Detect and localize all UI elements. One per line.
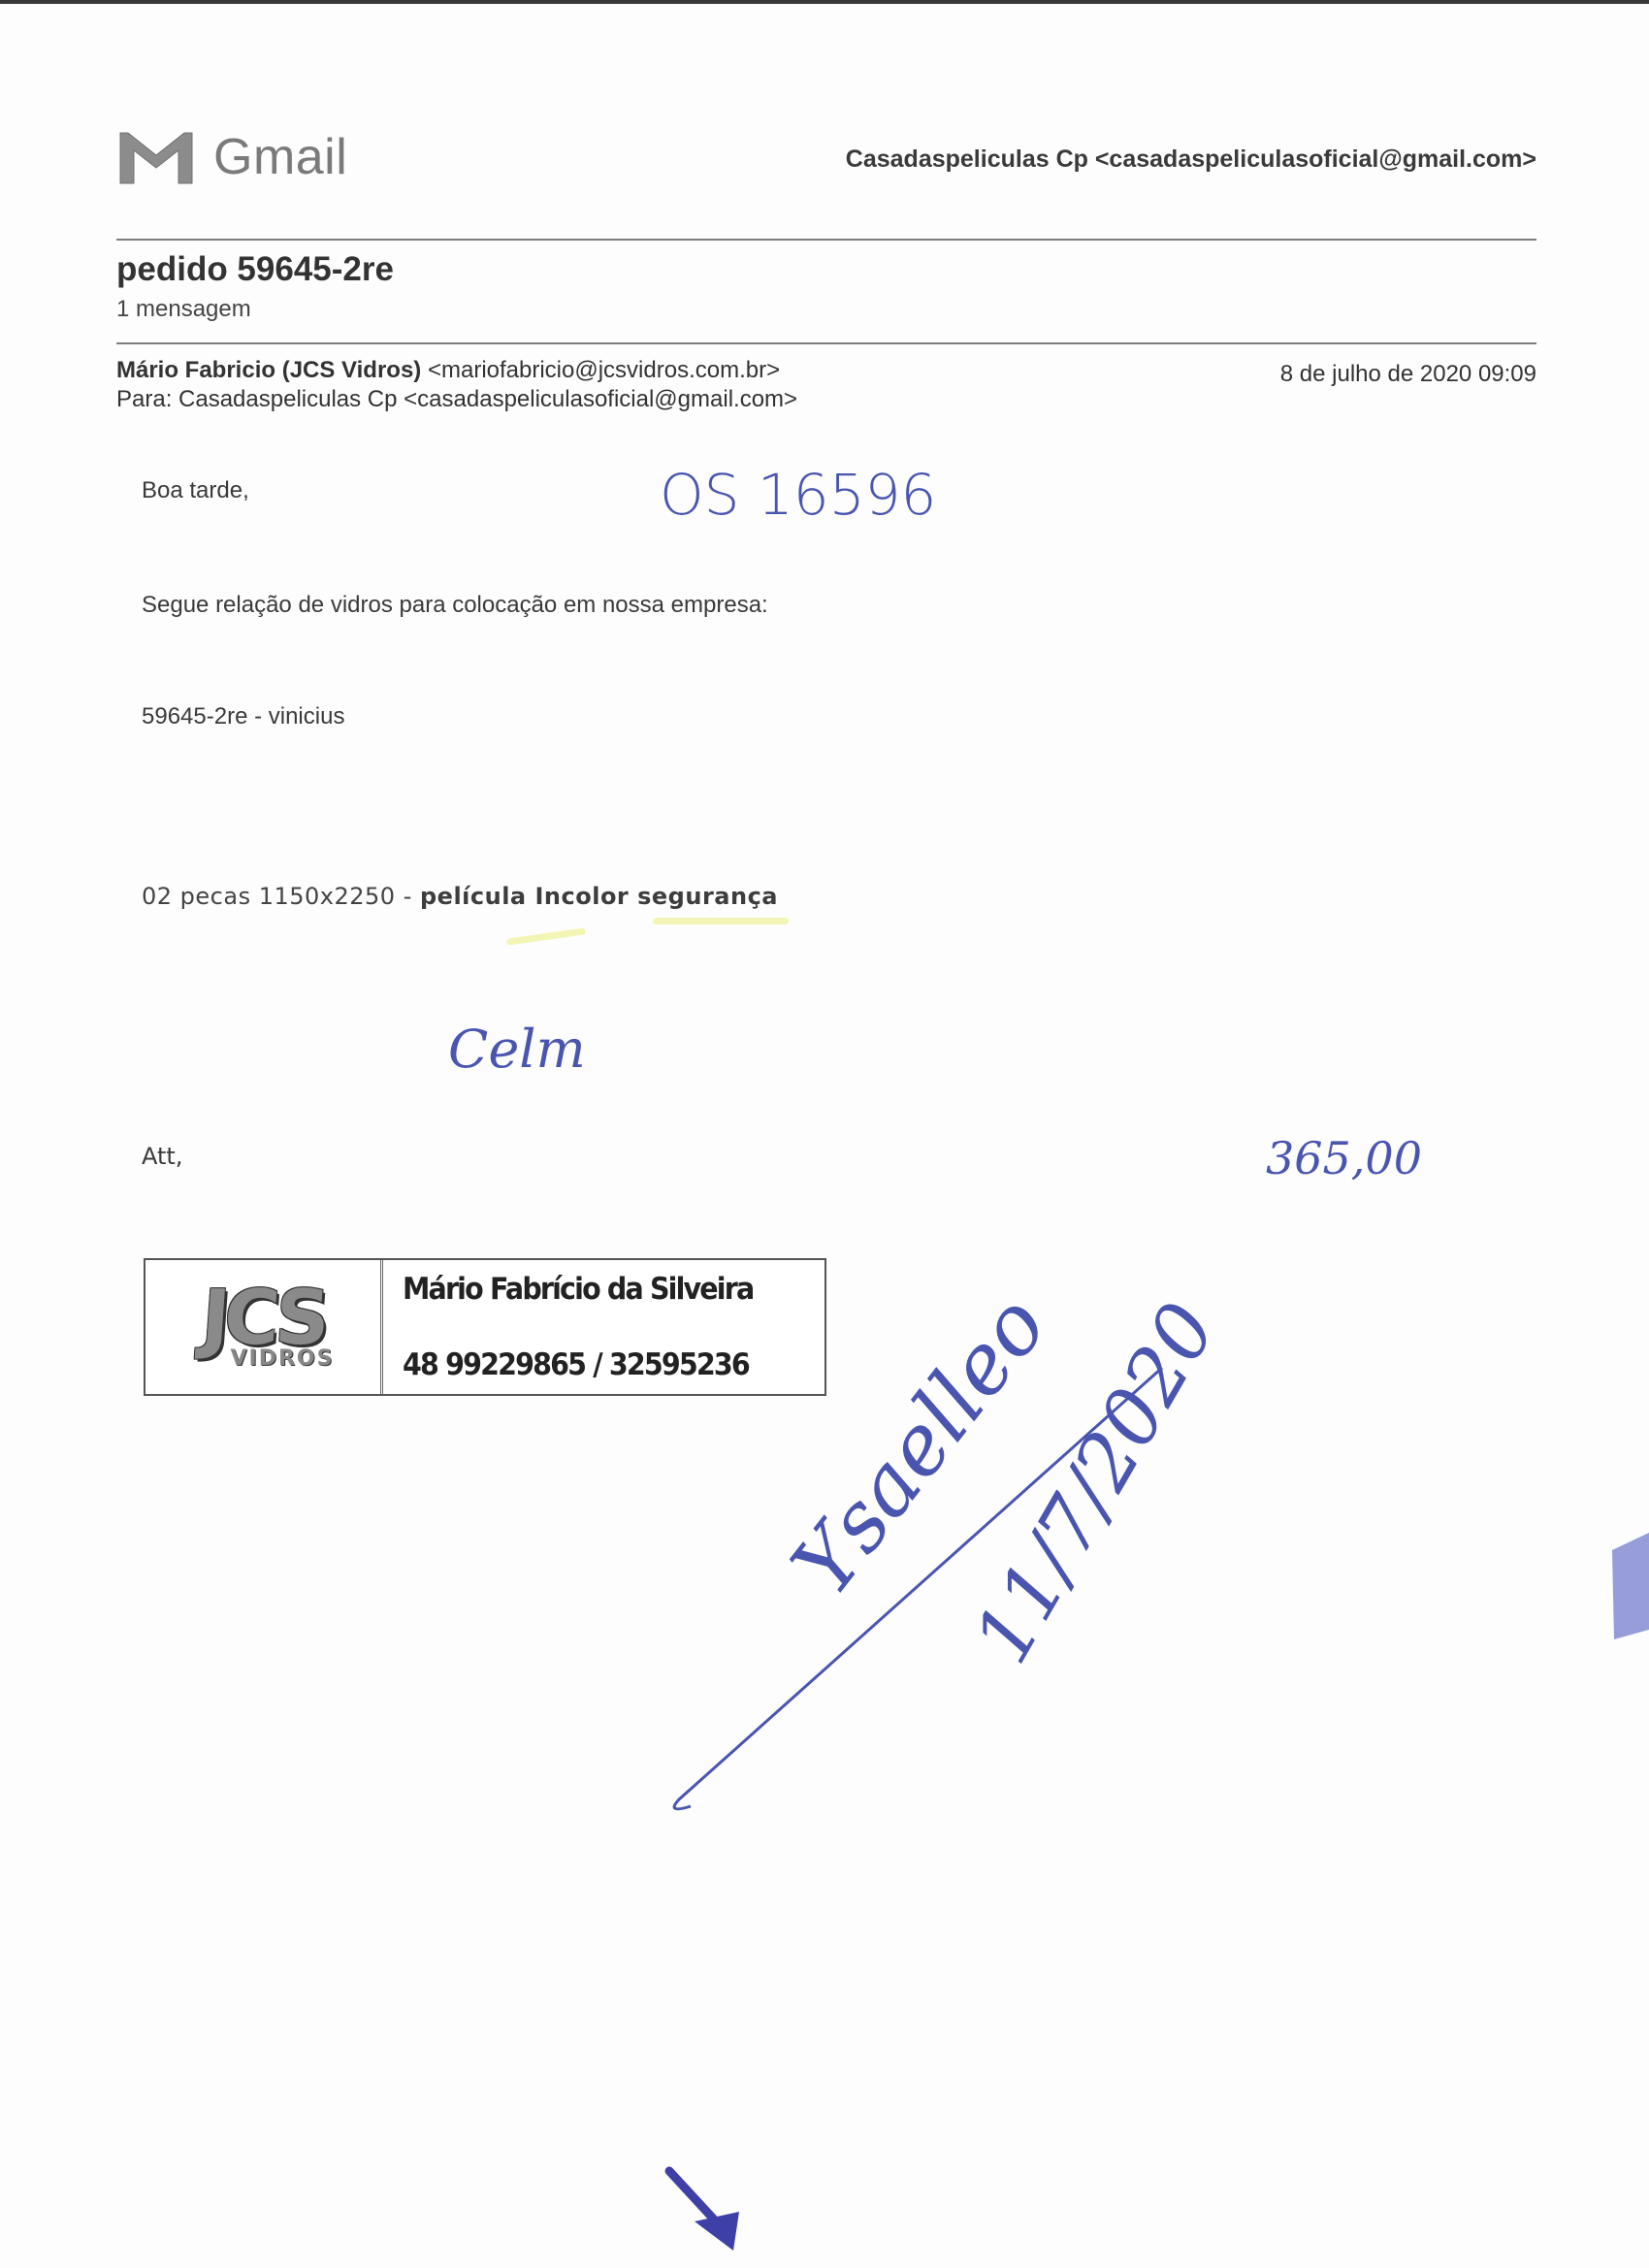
- highlighter-mark: [653, 918, 789, 924]
- arrow-down-icon: [669, 2171, 739, 2251]
- ink-scribble: [1612, 1533, 1649, 1639]
- intro-text: Segue relação de vidros para colocação e…: [142, 592, 768, 619]
- email-signature: JCS VIDROS Mário Fabrício da Silveira 48…: [144, 1258, 826, 1396]
- signature-name: Mário Fabrício da Silveira: [403, 1272, 773, 1307]
- order-reference: 59645-2re - vinicius: [142, 703, 344, 730]
- gmail-m-icon: [116, 127, 196, 187]
- sender-line: Mário Fabricio (JCS Vidros) <mariofabric…: [116, 357, 780, 384]
- account-email: Casadaspeliculas Cp <casadaspeliculasofi…: [846, 146, 1536, 174]
- logo-text: JCS: [200, 1284, 327, 1352]
- signature-phone: 48 99229865 / 32595236: [403, 1347, 773, 1382]
- highlighter-mark: [506, 927, 586, 945]
- scan-edge: [0, 0, 1649, 4]
- initials-note: Celm: [448, 1019, 586, 1080]
- os-number-note: OS 16596: [660, 462, 936, 528]
- jcs-vidros-logo: JCS VIDROS: [145, 1260, 383, 1394]
- sender-email: <mariofabricio@jcsvidros.com.br>: [428, 357, 780, 383]
- item-quantity-size: 02 pecas 1150x2250 -: [142, 883, 420, 910]
- gmail-wordmark: Gmail: [213, 128, 347, 186]
- signed-date-note: 11/7/2020: [956, 1288, 1234, 1678]
- sender-name: Mário Fabricio (JCS Vidros): [116, 357, 421, 383]
- signature-underline: [674, 1368, 1162, 1809]
- greeting: Boa tarde,: [142, 477, 249, 504]
- recipient-line: Para: Casadaspeliculas Cp <casadaspelicu…: [116, 386, 797, 413]
- signature-info: Mário Fabrício da Silveira 48 99229865 /…: [383, 1260, 824, 1394]
- message-count: 1 mensagem: [116, 296, 251, 323]
- closing: Att,: [142, 1143, 182, 1170]
- item-material: película Incolor segurança: [420, 883, 778, 910]
- divider: [116, 342, 1536, 344]
- email-subject: pedido 59645-2re: [116, 250, 394, 289]
- handwritten-annotations: OS 16596 Celm 365,00 Ysaelleo 11/7/2020: [0, 0, 1649, 2268]
- gmail-logo: Gmail: [116, 126, 347, 188]
- amount-note: 365,00: [1266, 1132, 1422, 1184]
- message-date: 8 de julho de 2020 09:09: [1280, 361, 1536, 388]
- divider: [116, 239, 1536, 241]
- order-item: 02 pecas 1150x2250 - película Incolor se…: [142, 883, 778, 910]
